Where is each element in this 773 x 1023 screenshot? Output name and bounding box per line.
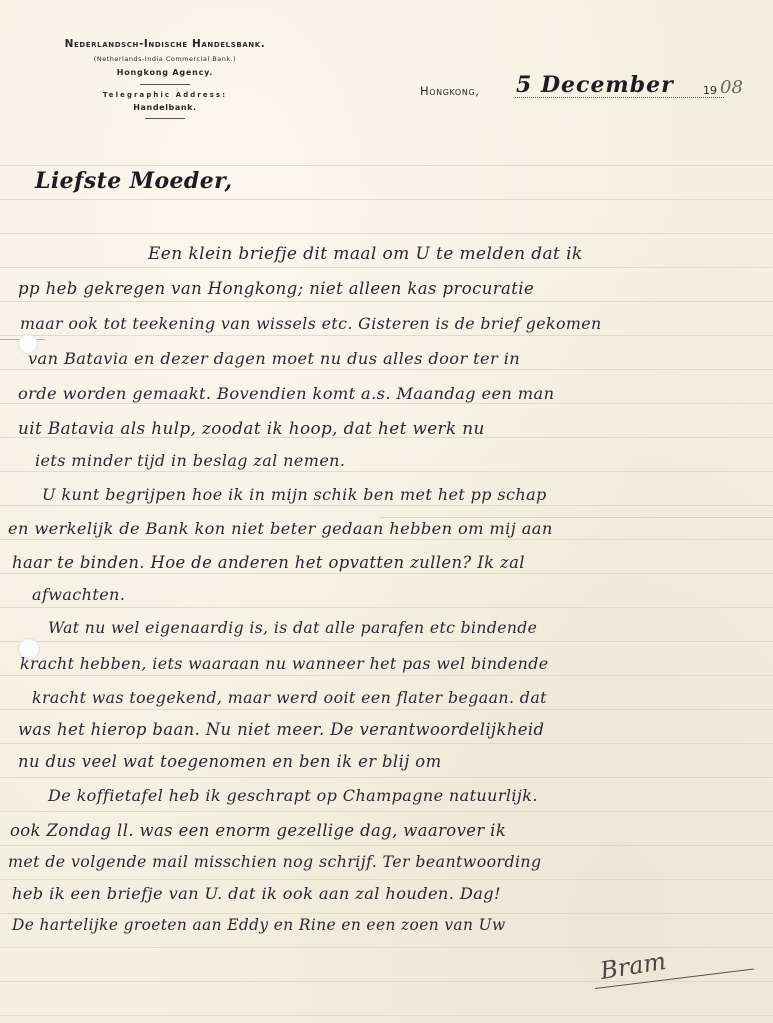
letter-line: iets minder tijd in beslag zal nemen. (35, 451, 345, 470)
ruled-line (0, 369, 773, 370)
telegraphic-label: Telegraphic Address: (20, 91, 310, 99)
ruled-line (0, 607, 773, 608)
letter-line: van Batavia en dezer dagen moet nu dus a… (28, 349, 520, 368)
agency-name: Hongkong Agency. (20, 68, 310, 77)
ruled-line (0, 165, 773, 166)
letter-line: uit Batavia als hulp, zoodat ik hoop, da… (18, 418, 485, 438)
dateline: Hongkong, 5 December 19 08 (420, 76, 760, 104)
letter-line: nu dus veel wat toegenomen en ben ik er … (18, 752, 442, 771)
ruled-line (0, 505, 773, 506)
ruled-line (0, 233, 773, 234)
ruled-line (0, 301, 773, 302)
dateline-handwritten-date: 5 December (516, 72, 674, 98)
bank-name: Nederlandsch-Indische Handelsbank. (20, 38, 310, 50)
letterhead: Nederlandsch-Indische Handelsbank. (Neth… (20, 38, 310, 125)
letter-line: ook Zondag ll. was een enorm gezellige d… (10, 821, 506, 840)
ruled-line (0, 811, 773, 812)
letterhead-divider (145, 118, 185, 119)
ruled-line (0, 539, 773, 540)
dateline-year-handwritten: 08 (720, 77, 743, 98)
letter-line: kracht hebben, iets waaraan nu wanneer h… (20, 654, 549, 673)
letter-line: De hartelijke groeten aan Eddy en Rine e… (12, 916, 506, 934)
letter-line: Een klein briefje dit maal om U te melde… (148, 244, 583, 264)
letter-line: pp heb gekregen van Hongkong; niet allee… (18, 279, 534, 298)
letter-line: kracht was toegekend, maar werd ooit een… (32, 688, 547, 707)
letter-line: was het hierop baan. Nu niet meer. De ve… (18, 720, 544, 739)
letter-line: De koffietafel heb ik geschrapt op Champ… (48, 786, 538, 805)
letter-line: heb ik een briefje van U. dat ik ook aan… (12, 884, 501, 903)
letterhead-divider (140, 84, 190, 85)
ruled-line (0, 913, 773, 914)
ruled-line (0, 743, 773, 744)
letter-line: orde worden gemaakt. Bovendien komt a.s.… (18, 384, 554, 403)
letter-greeting: Liefste Moeder, (35, 168, 233, 194)
letter-line: met de volgende mail misschien nog schri… (8, 852, 542, 871)
ruled-line (0, 709, 773, 710)
letter-line: maar ook tot teekening van wissels etc. … (20, 314, 602, 333)
dateline-city: Hongkong, (420, 84, 479, 98)
ruled-line (0, 267, 773, 268)
bank-name-english: (Netherlands-India Commercial Bank.) (20, 55, 310, 63)
paper-crease (380, 517, 773, 518)
telegraphic-address: Handelbank. (20, 103, 310, 112)
ruled-line (0, 199, 773, 200)
dateline-year-prefix: 19 (703, 84, 717, 97)
ruled-line (0, 1015, 773, 1016)
ruled-line (0, 573, 773, 574)
ruled-line (0, 403, 773, 404)
letter-line: en werkelijk de Bank kon niet beter geda… (8, 519, 553, 538)
letter-line: Wat nu wel eigenaardig is, is dat alle p… (48, 619, 537, 637)
ruled-line (0, 777, 773, 778)
ruled-line (0, 335, 773, 336)
letter-line: afwachten. (32, 585, 125, 604)
letter-line: U kunt begrijpen hoe ik in mijn schik be… (42, 485, 547, 504)
letter-line: haar te binden. Hoe de anderen het opvat… (12, 553, 525, 572)
ruled-line (0, 845, 773, 846)
ruled-line (0, 471, 773, 472)
ruled-line (0, 879, 773, 880)
ruled-line (0, 641, 773, 642)
letter-paper: Nederlandsch-Indische Handelsbank. (Neth… (0, 0, 773, 1023)
ruled-line (0, 675, 773, 676)
